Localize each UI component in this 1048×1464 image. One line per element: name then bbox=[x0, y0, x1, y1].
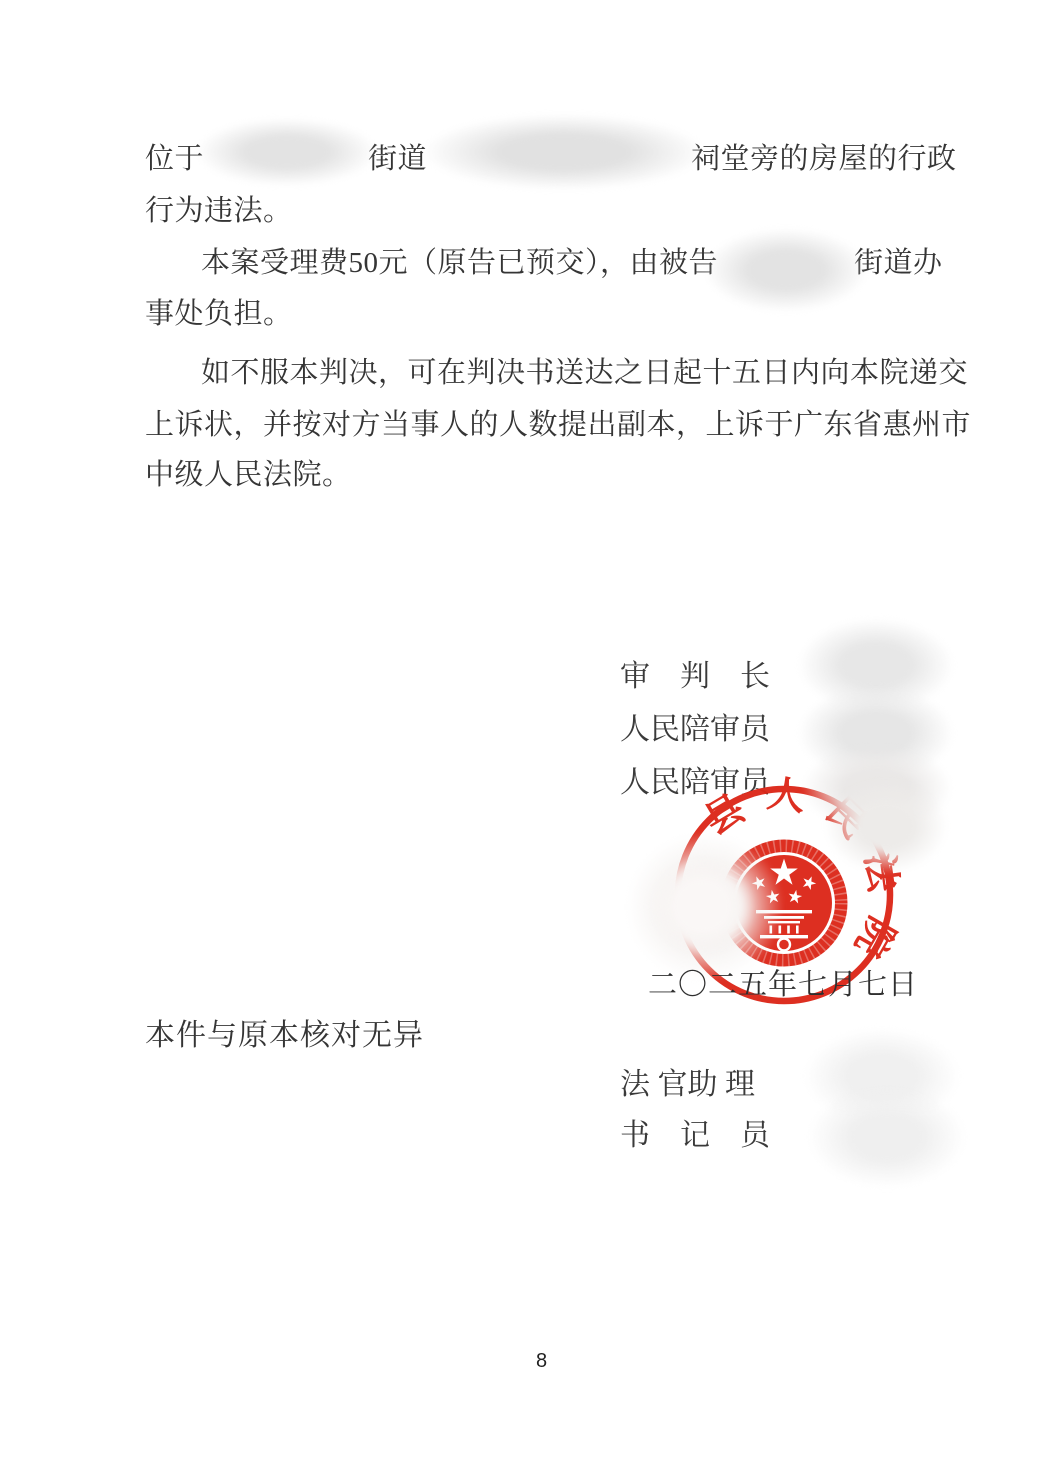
verification-note: 本件与原本核对无异 bbox=[145, 1010, 424, 1054]
text-fragment: 行为违法。 bbox=[145, 195, 293, 227]
judgment-text-line-4: 事处负担。 bbox=[145, 291, 293, 332]
text-fragment: 事处负担。 bbox=[145, 298, 293, 330]
judgment-text-line-1: 位于街道祠堂旁的房屋的行政 bbox=[145, 136, 957, 177]
judgment-text-line-7: 中级人民法院。 bbox=[145, 452, 352, 493]
juror-label-1: 人民陪审员 bbox=[620, 704, 770, 748]
text-fragment: 祠堂旁的房屋的行政 bbox=[691, 143, 957, 175]
judgment-date: 二〇二五年七月七日 bbox=[648, 962, 918, 1003]
page-number: 8 bbox=[536, 1350, 547, 1373]
text-fragment: 街道办 bbox=[854, 247, 943, 279]
judgment-text-line-6: 上诉状，并按对方当事人的人数提出副本，上诉于广东省惠州市 bbox=[145, 402, 971, 443]
redaction-smudge-assistant-name bbox=[804, 1028, 960, 1124]
assistant-judge-label: 法 官助 理 bbox=[620, 1059, 755, 1103]
presiding-judge-label: 审 判 长 bbox=[620, 651, 770, 695]
text-fragment: 中级人民法院。 bbox=[145, 459, 352, 491]
judgment-text-line-3: 本案受理费50元（原告已预交），由被告街道办 bbox=[145, 240, 943, 281]
judgment-text-line-2: 行为违法。 bbox=[145, 188, 293, 229]
text-fragment: 位于 bbox=[145, 143, 204, 175]
clerk-label: 书 记 员 bbox=[620, 1110, 770, 1154]
text-fragment: 上诉状，并按对方当事人的人数提出副本，上诉于广东省惠州市 bbox=[145, 409, 971, 441]
text-fragment: 如不服本判决，可在判决书送达之日起十五日内向本院递交 bbox=[201, 357, 968, 389]
redaction-smudge-judge-name bbox=[798, 618, 954, 712]
judgment-page: 位于街道祠堂旁的房屋的行政 行为违法。 本案受理费50元（原告已预交），由被告街… bbox=[0, 0, 1048, 1464]
redaction-smudge-clerk-name bbox=[808, 1086, 966, 1188]
text-fragment: 街道 bbox=[368, 143, 427, 175]
judgment-text-line-5: 如不服本判决，可在判决书送达之日起十五日内向本院递交 bbox=[145, 350, 968, 391]
national-emblem bbox=[727, 846, 841, 960]
text-fragment: 本案受理费50元（原告已预交），由被告 bbox=[201, 247, 718, 279]
